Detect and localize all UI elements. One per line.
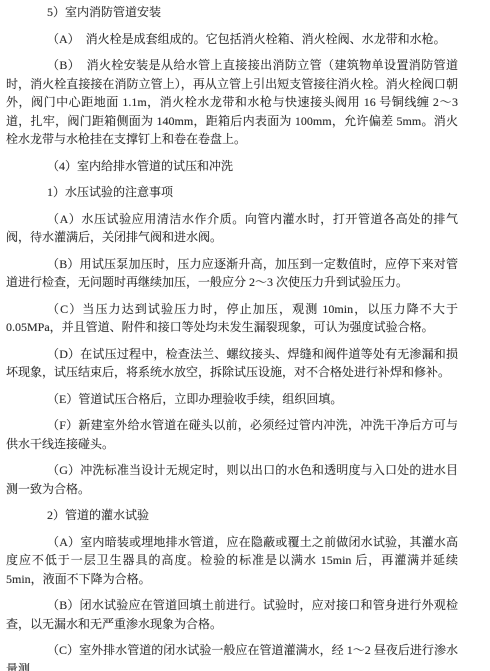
subheading-water-filling-test: 2）管道的灌水试验 xyxy=(6,506,458,525)
para-filling-test-b: （B）闭水试验应在管道回填土前进行。试验时，应对接口和管身进行外观检查，以无漏水… xyxy=(6,596,458,633)
para-hydrostatic-test-b: （B）用试压泵加压时，压力应逐渐升高，加压到一定数值时，应停下来对管道进行检查，… xyxy=(6,255,458,292)
section-heading-pressure-test-flushing: （4）室内给排水管道的试压和冲洗 xyxy=(6,157,458,176)
para-filling-test-c: （C）室外排水管道的闭水试验一般应在管道灌满水，经 1～2 昼夜后进行渗水量测 xyxy=(6,641,458,671)
para-hydrostatic-test-g: （G）冲洗标准当设计无规定时，则以出口的水色和透明度与入口处的进水目测一致为合格… xyxy=(6,461,458,498)
document-page: 5）室内消防管道安装 （A） 消火栓是成套组成的。它包括消火栓箱、消火栓阀、水龙… xyxy=(0,0,490,671)
section-heading-fire-pipe-installation: 5）室内消防管道安装 xyxy=(6,3,458,22)
para-fire-hydrant-components: （A） 消火栓是成套组成的。它包括消火栓箱、消火栓阀、水龙带和水枪。 xyxy=(6,30,458,49)
para-hydrostatic-test-d: （D）在试压过程中，检查法兰、螺纹接头、焊缝和阀件道等处有无渗漏和损坏现象，试压… xyxy=(6,345,458,382)
para-hydrostatic-test-c: （C）当压力达到试验压力时，停止加压，观测 10min，以压力降不大于 0.05… xyxy=(6,300,458,337)
para-hydrostatic-test-f: （F）新建室外给水管道在碰头以前，必须经过管内冲洗，冲洗干净后方可与供水干线连接… xyxy=(6,416,458,453)
para-fire-hydrant-installation: （B） 消火栓安装是从给水管上直接接出消防立管（建筑物单设置消防管道时，消火栓直… xyxy=(6,56,458,149)
subheading-hydrostatic-test-notes: 1）水压试验的注意事项 xyxy=(6,183,458,202)
para-hydrostatic-test-a: （A）水压试验应用清洁水作介质。向管内灌水时，打开管道各高处的排气阀，待水灌满后… xyxy=(6,210,458,247)
para-filling-test-a: （A）室内暗装或埋地排水管道，应在隐蔽或覆土之前做闭水试验，其灌水高度应不低于一… xyxy=(6,533,458,589)
para-hydrostatic-test-e: （E）管道试压合格后，立即办理验收手续，组织回填。 xyxy=(6,390,458,409)
